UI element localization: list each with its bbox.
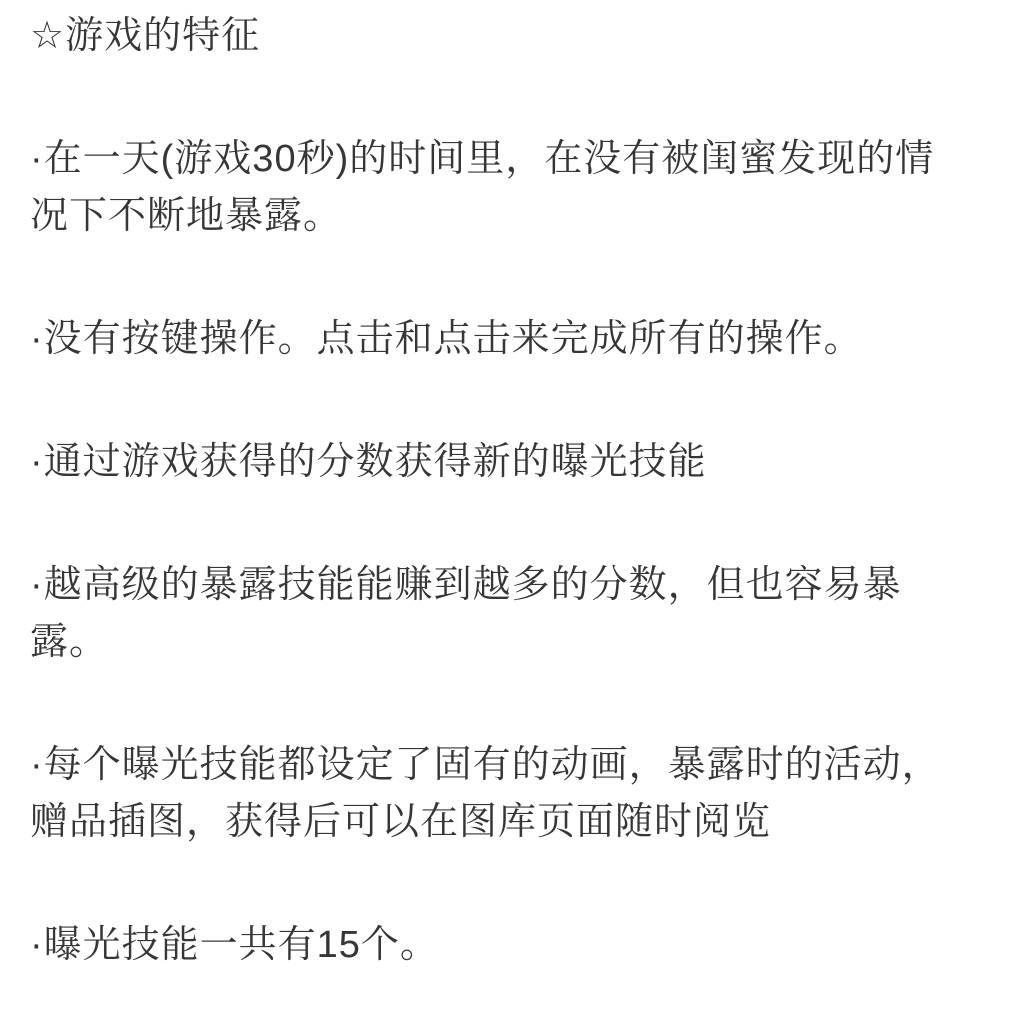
paragraph-skill-content: ·每个曝光技能都设定了固有的动画，暴露时的活动，赠品插图，获得后可以在图库页面随…: [30, 737, 972, 851]
paragraph-score-skills: ·通过游戏获得的分数获得新的曝光技能: [30, 434, 972, 491]
paragraph-game-time: ·在一天(游戏30秒)的时间里，在没有被闺蜜发现的情况下不断地暴露。: [30, 131, 972, 245]
document-page: ☆游戏的特征 ·在一天(游戏30秒)的时间里，在没有被闺蜜发现的情况下不断地暴露…: [0, 0, 1024, 974]
page-title: ☆游戏的特征: [30, 8, 972, 65]
paragraph-skill-risk: ·越高级的暴露技能能赚到越多的分数，但也容易暴露。: [30, 557, 972, 671]
paragraph-skill-count: ·曝光技能一共有15个。: [30, 917, 972, 974]
paragraph-controls: ·没有按键操作。点击和点击来完成所有的操作。: [30, 311, 972, 368]
